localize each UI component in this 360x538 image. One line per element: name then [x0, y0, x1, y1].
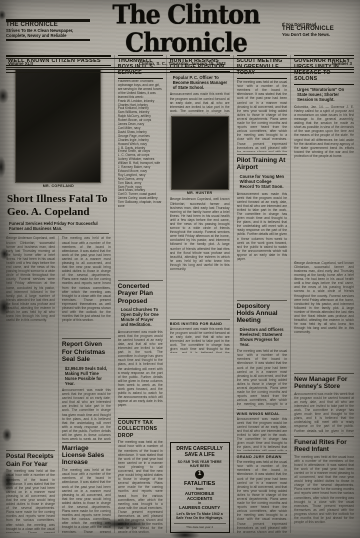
- depository-headline: Depository Holds Annual Meeting: [237, 300, 288, 325]
- copeland-body-continued: The meeting was held at the usual hour w…: [62, 236, 111, 336]
- penney-headline: New Manager For Penney's Store: [294, 373, 354, 390]
- so-far-line: SO FAR THIS YEAR THERE HAVE BEEN: [174, 460, 226, 468]
- save-a-life-line: SAVE A LIFE: [174, 452, 226, 458]
- marriage-headline: Marriage License Sales Increase: [62, 442, 111, 467]
- newspaper-front-page: THE CHRONICLE Strives To Be A Clean News…: [0, 0, 360, 538]
- depository-subhead: Directors and Officers Reelected; Statem…: [240, 327, 286, 347]
- hunter-body-intro: Announcement was made this week that the…: [170, 92, 230, 114]
- fatality-count-badge: 1: [195, 470, 204, 479]
- subcolumn-left: George Anderson Copeland, well known Cli…: [6, 236, 55, 533]
- copeland-body-columns: George Anderson Copeland, well known Cli…: [6, 236, 111, 533]
- subcolumn-right: The meeting was held at the usual hour w…: [58, 236, 111, 533]
- depository-body: The meeting was held at the usual hour w…: [237, 349, 288, 407]
- tax-body: The meeting was held at the usual hour w…: [118, 440, 163, 533]
- bids-subheadline: BIDS INVITED FOR BAND: [170, 319, 230, 326]
- copeland-photo: [15, 69, 101, 183]
- pilot-subhead: Course for Young Men Without College Rec…: [240, 174, 286, 189]
- column-hunter: HUNTER RESIGNS COLLEGE POSITION Popular …: [166, 55, 230, 533]
- masthead-left-box: THE CHRONICLE Strives To Be A Clean News…: [6, 16, 90, 41]
- postal-headline: Postal Receipts Gain For Year: [6, 450, 55, 467]
- bids-body: Announcement was made this week that the…: [170, 327, 230, 353]
- penney-body: Announcement was made this week that the…: [294, 392, 354, 434]
- copeland-headline: Short Illness Fatal To Geo. A. Copeland: [7, 193, 111, 218]
- minor-headline-jury: GRAND JURY DRAWN: [237, 453, 288, 460]
- prayer-subhead: Local Churches To Open Daily for One Min…: [121, 307, 161, 327]
- hunter-photo: [171, 116, 229, 190]
- marriage-body: The meeting was held at the usual hour w…: [62, 468, 111, 533]
- tax-headline: COUNTY TAX COLLECTIONS DROP: [118, 418, 163, 439]
- newspaper-title: The Clinton Chronicle: [90, 1, 282, 57]
- prayer-body: Announcement was made this week that the…: [118, 330, 163, 418]
- seals-body: Announcement was made this week that the…: [62, 388, 111, 440]
- rule: [6, 39, 90, 41]
- thornwell-service-list: Fourteen other Thornwell orphanage boys,…: [118, 80, 163, 278]
- hunter-subhead: Popular P. C. Officer To Become Business…: [173, 75, 228, 90]
- governor-subhead: Urges "Moratorium" On State Issues; Shor…: [297, 87, 352, 102]
- left-box-tagline: Strives To Be A Clean Newspaper, Complet…: [6, 28, 90, 38]
- seals-headline: Report Given For Christmas Seal Sale: [62, 338, 111, 363]
- seals-subhead: $2,994.09 Seals Sold, Making Full Time N…: [65, 366, 109, 386]
- masthead-right-box: If You Don't Read THE CHRONICLE You Don'…: [282, 22, 354, 37]
- column-scout: SCOUT MEETING IN GREENVILLE TODAY The me…: [233, 55, 288, 533]
- last-year-footnote: This date last year 2: [174, 523, 226, 530]
- right-box-line2: You Don't Get the News.: [282, 32, 354, 37]
- dateline: Volume XLII Clinton, S. C., Thursday, Ja…: [6, 58, 354, 68]
- fatalities-notice-box: DRIVE CAREFULLY SAVE A LIFE SO FAR THIS …: [170, 442, 230, 533]
- governor-body: Columbia, Jan. 14. — Governor J. E. Harl…: [294, 105, 354, 261]
- safety-slogan: Let's Strive To Make 1942 a Safe Year On…: [174, 512, 226, 520]
- page-columns: WELL KNOWN CITIZEN PASSES MR. COPELAND S…: [0, 53, 360, 537]
- automobile-accidents-line: AUTOMOBILE ACCIDENTS: [174, 491, 226, 501]
- column-copeland: WELL KNOWN CITIZEN PASSES MR. COPELAND S…: [6, 55, 111, 533]
- volume-label: Volume XLII: [8, 61, 33, 66]
- pilot-body: Announcement was made this week that the…: [237, 192, 288, 298]
- jury-body: The meeting was held at the usual hour w…: [237, 460, 288, 533]
- scout-body: The meeting was held at the usual hour w…: [237, 80, 288, 152]
- minor-headline-medal: WINS WINGS MEDAL: [237, 409, 288, 416]
- double-rule: [6, 69, 354, 73]
- pilot-headline: Pilot Training At Airport: [237, 154, 288, 171]
- date-label: Clinton, S. C., Thursday, January 15, 19…: [139, 61, 226, 66]
- copeland-photo-caption: MR. COPELAND: [6, 184, 111, 188]
- postal-body: The meeting was held at the usual hour w…: [6, 469, 55, 533]
- reed-headline: Funeral Rites For Reed Infant: [294, 436, 354, 453]
- column-thornwell: THORNWELL BOYS IN U. S. SERVICE Fourteen…: [114, 55, 163, 533]
- hunter-photo-caption: MR. HUNTER: [170, 191, 230, 195]
- reed-body: The meeting was held at the usual hour w…: [294, 455, 354, 533]
- column-governor: GOVERNOR HARLEY URGES UNITY IN MESSAGE T…: [290, 55, 354, 533]
- issue-number-label: Number 3: [332, 61, 352, 66]
- laurens-county-line: LAURENS COUNTY: [174, 505, 226, 510]
- prayer-headline: Concerted Prayer Plan Proposed: [118, 280, 163, 305]
- hunter-body: George Anderson Copeland, well known Cli…: [170, 197, 230, 317]
- copeland-subhead: Funeral Services Held Friday For Success…: [9, 221, 109, 234]
- masthead: THE CHRONICLE Strives To Be A Clean News…: [0, 0, 360, 53]
- governor-body-continued: George Anderson Copeland, well known Cli…: [294, 261, 354, 371]
- copeland-body: George Anderson Copeland, well known Cli…: [6, 236, 55, 448]
- medal-body: Announcement was made this week that the…: [237, 417, 288, 451]
